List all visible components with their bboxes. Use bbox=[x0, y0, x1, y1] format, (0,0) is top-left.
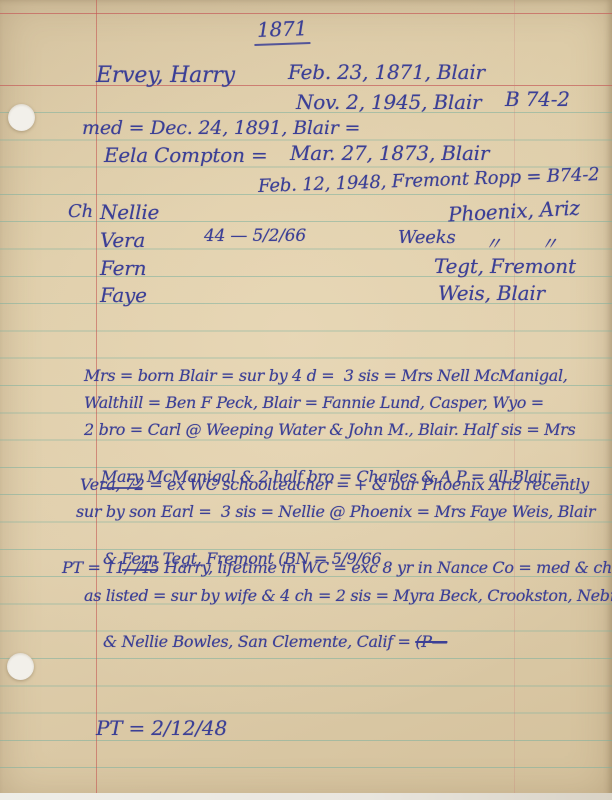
record-date-note: PT = 2/12/48 bbox=[96, 716, 227, 740]
hole-punch-bottom bbox=[7, 653, 34, 680]
ditto-mark-2: 〃 bbox=[540, 230, 558, 256]
obituary-1966-line-6: sur by son Earl = 3 sis = Nellie @ Phoen… bbox=[76, 502, 595, 521]
child-name-1: Nellie bbox=[100, 200, 159, 224]
obituary-1945-line-2: as listed = sur by wife & 4 ch = 2 sis =… bbox=[84, 586, 612, 605]
ledger-page: 1871 Ervey, Harry Feb. 23, 1871, Blair N… bbox=[0, 0, 612, 800]
spouse-birth-date: Mar. 27, 1873, Blair bbox=[290, 141, 489, 165]
obituary-1966-line-1: Mrs = born Blair = sur by 4 d = 3 sis = … bbox=[84, 366, 567, 385]
primary-name: Ervey, Harry bbox=[96, 63, 235, 88]
year-heading: 1871 bbox=[254, 16, 311, 46]
child-name-2: Vera bbox=[100, 228, 145, 252]
marriage-note: med = Dec. 24, 1891, Blair = bbox=[82, 117, 360, 139]
obituary-1966-line-2: Walthill = Ben F Peck, Blair = Fannie Lu… bbox=[84, 393, 544, 412]
obituary-1945-line-3: & Nellie Bowles, San Clemente, Calif = (… bbox=[84, 613, 447, 670]
obituary-1945-line-3-text: & Nellie Bowles, San Clemente, Calif = bbox=[103, 632, 415, 651]
ditto-mark-1: 〃 bbox=[484, 230, 502, 256]
struck-out-text: (P— bbox=[415, 632, 447, 651]
death-date: Nov. 2, 1945, Blair bbox=[296, 90, 481, 114]
child-note-2: 44 — 5/2/66 bbox=[204, 226, 306, 246]
red-header-line-top bbox=[0, 13, 612, 14]
children-label: Ch bbox=[68, 201, 93, 222]
child-name-3: Fern bbox=[100, 256, 146, 280]
child-surname-2: Weeks bbox=[398, 227, 455, 248]
hole-punch-top bbox=[8, 104, 35, 131]
child-name-4: Faye bbox=[100, 283, 147, 307]
child-location-3: Tegt, Fremont bbox=[434, 254, 576, 278]
child-location-4: Weis, Blair bbox=[438, 281, 545, 305]
birth-date: Feb. 23, 1871, Blair bbox=[288, 60, 485, 84]
obituary-1966-line-5: Vera, 72 = ex WC schoolteacher = + & bur… bbox=[80, 475, 589, 494]
red-header-line-bottom bbox=[0, 85, 612, 86]
reference-code: B 74-2 bbox=[505, 87, 570, 111]
paper-bottom-edge bbox=[0, 793, 612, 800]
obituary-1945-line-1: PT = 11/ /45 Harry, lifetime in WC = exc… bbox=[62, 558, 612, 577]
spouse-name: Eela Compton = bbox=[104, 143, 268, 167]
obituary-1966-line-3: 2 bro = Carl @ Weeping Water & John M., … bbox=[84, 420, 575, 439]
